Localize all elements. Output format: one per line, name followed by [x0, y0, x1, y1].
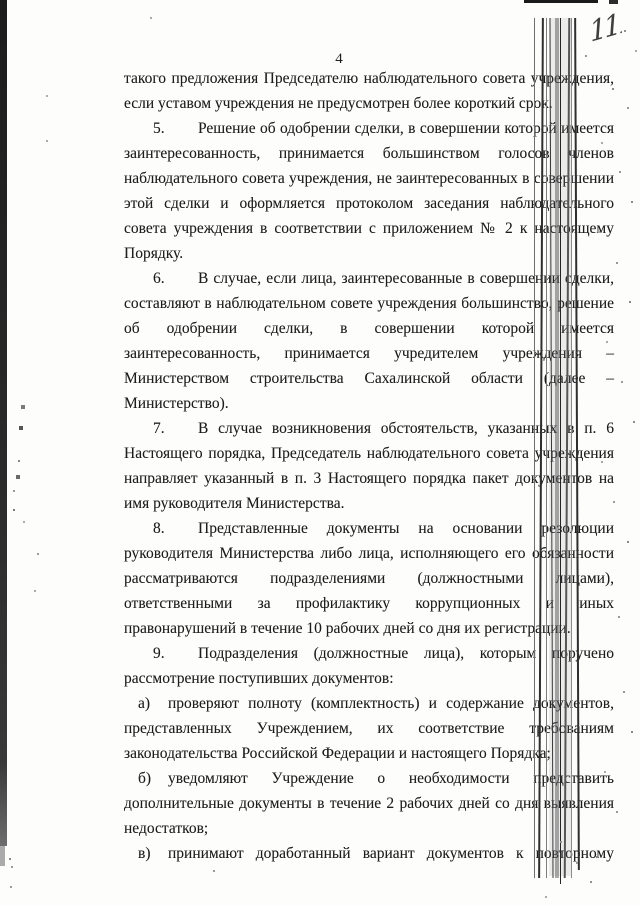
paragraph: в)принимают доработанный вариант докумен… [124, 841, 614, 866]
paragraph-marker: 8. [153, 516, 198, 541]
scan-top-edge-artifact-small [609, 0, 618, 4]
scan-fold-line-artifact [560, 18, 561, 884]
scanned-document-page: 4 11 такого предложения Председателю наб… [0, 0, 640, 905]
paragraph-marker: в) [138, 841, 168, 866]
scan-binding-edge-tail-artifact [0, 846, 5, 866]
scan-noise-speckles [0, 0, 2, 2]
paragraph-marker: а) [138, 691, 168, 716]
scan-fold-line-artifact [571, 18, 572, 878]
scan-fold-line-artifact [555, 18, 559, 878]
scan-fold-line-artifact [546, 18, 547, 878]
scan-fold-line-artifact [534, 18, 535, 878]
paragraph-marker: 7. [153, 416, 198, 441]
handwritten-sheet-number: 11 [588, 6, 624, 49]
paragraph-marker: 5. [153, 116, 198, 141]
paragraph-marker: 9. [153, 641, 198, 666]
scan-binding-edge-artifact [0, 0, 7, 846]
paragraph-marker: б) [138, 766, 168, 791]
scan-top-edge-artifact [524, 0, 598, 3]
paragraph-marker: 6. [153, 266, 198, 291]
